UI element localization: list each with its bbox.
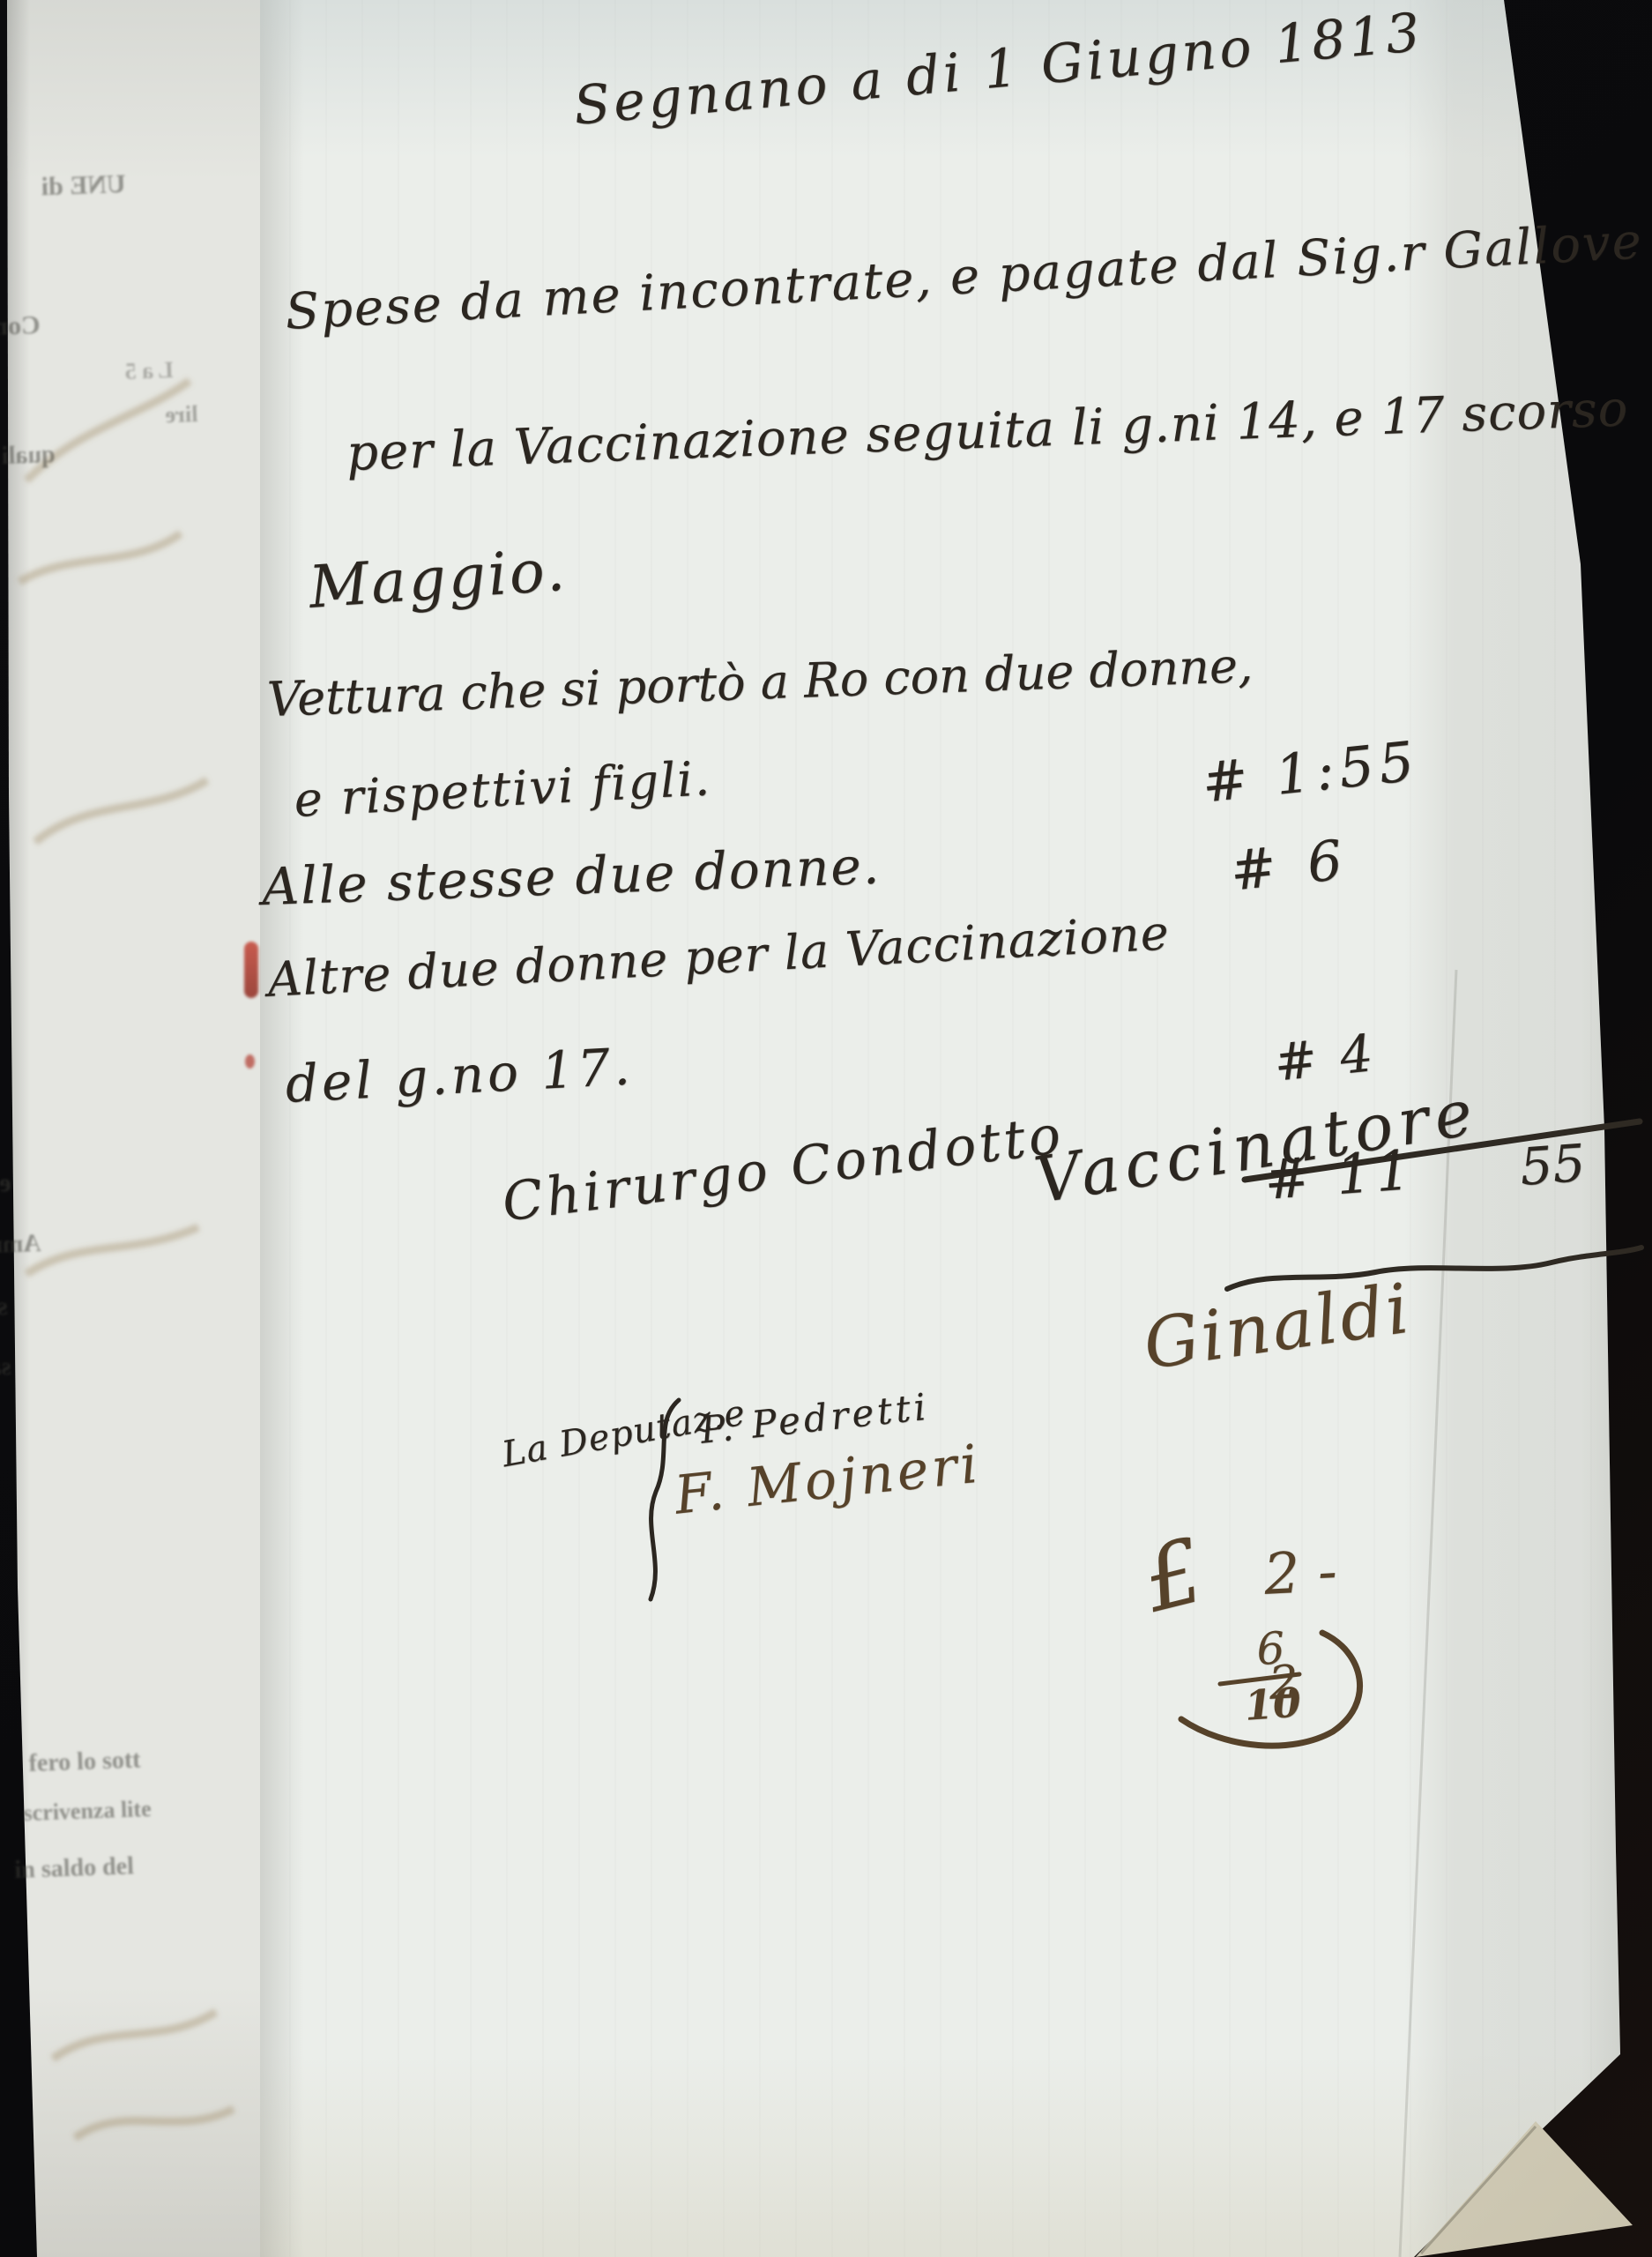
calc-figure-1: 2 -	[1262, 1539, 1338, 1608]
printed-fragment: sara abbonata	[0, 1353, 11, 1387]
printed-fragment: scrivenza lite	[23, 1796, 152, 1827]
printed-fragment: quali sono per	[0, 441, 56, 474]
printed-fragment: lire	[165, 401, 198, 428]
item-3-amount: # 4	[1271, 1023, 1379, 1093]
printed-fragment: L a 5	[124, 357, 174, 385]
printed-fragment: e pagamento s	[0, 1168, 11, 1203]
red-wax-mark	[244, 942, 258, 998]
printed-fragment: fero lo sott	[28, 1747, 141, 1778]
item-2-amount: # 6	[1227, 827, 1352, 904]
red-wax-dot	[245, 1054, 255, 1069]
total-cents: 55	[1518, 1133, 1587, 1197]
calc-total: 10	[1243, 1679, 1303, 1730]
printed-fragment: suto Distret	[0, 1292, 8, 1326]
photographed-manuscript: UNE di Comune per il d L a 5 lire quali …	[0, 0, 1652, 2257]
printed-fragment: UNE di	[41, 169, 126, 202]
printed-fragment: in saldo del	[14, 1852, 134, 1885]
